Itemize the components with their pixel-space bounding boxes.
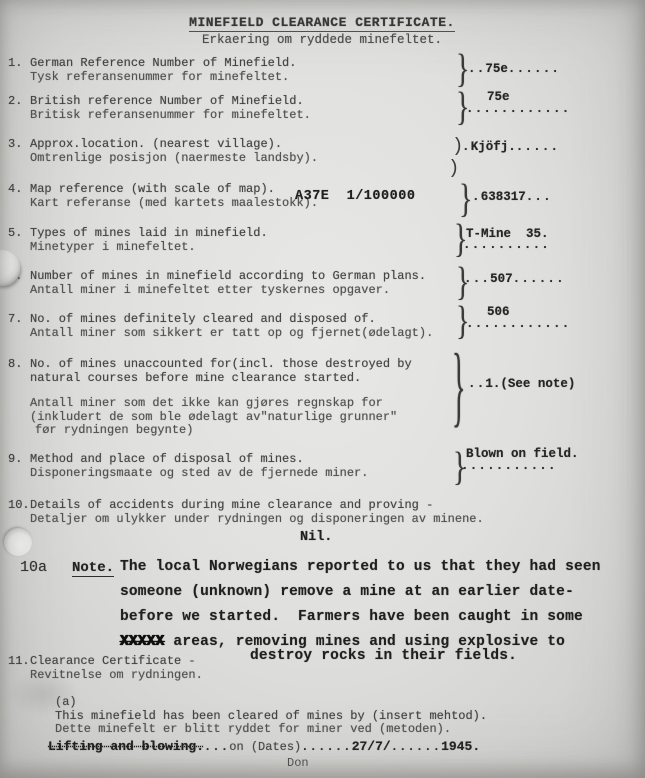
answer-value: 75e	[485, 62, 508, 76]
answer-7-dots: ............	[466, 318, 570, 331]
item-4: 4. Map reference (with scale of map). Ka…	[8, 183, 318, 210]
item-number: 5.	[8, 227, 30, 241]
item-line-no: Disponeringsmaate og sted av de fjernede…	[30, 467, 368, 481]
document-header: MINEFIELD CLEARANCE CERTIFICATE. Erkaeri…	[22, 13, 622, 47]
item-line-en: No. of mines definitely cleared and disp…	[30, 313, 433, 327]
item-line-en: No. of mines unaccounted for(incl. those…	[30, 358, 412, 372]
item-10-result: Nil.	[300, 530, 332, 545]
signature-text: Don	[287, 756, 309, 770]
clearance-year: 1945.	[441, 739, 480, 754]
clearance-method: Lifting and blowing.	[48, 739, 204, 754]
item-line-en: British reference Number of Minefield.	[30, 95, 311, 109]
hole-punch	[4, 528, 32, 556]
item-number: 3.	[8, 138, 30, 152]
item-number: 11.	[8, 655, 30, 669]
item-line-no: Dette minefelt er blitt ryddet for miner…	[55, 723, 487, 737]
note-number: 10a	[20, 559, 47, 576]
item-8-norwegian: Antall miner som det ikke kan gjøres reg…	[30, 397, 397, 438]
item-number: 1.	[8, 57, 30, 71]
scanned-certificate-page: MINEFIELD CLEARANCE CERTIFICATE. Erkaeri…	[0, 0, 645, 778]
item-5: 5. Types of mines laid in minefield. Min…	[8, 227, 268, 254]
item-line-no: Tysk referansenummer for minefeltet.	[30, 71, 296, 85]
item-line-en: natural courses before mine clearance st…	[30, 372, 412, 386]
item-9: 9. Method and place of disposal of mines…	[8, 453, 368, 480]
item-10: 10. Details of accidents during mine cle…	[8, 499, 484, 526]
item-number: 10.	[8, 499, 30, 513]
page-title: MINEFIELD CLEARANCE CERTIFICATE.	[189, 15, 455, 32]
item-line-no: Detaljer om ulykker under rydningen og d…	[30, 513, 484, 527]
item-line-en: German Reference Number of Minefield.	[30, 57, 296, 71]
item-7: 7. No. of mines definitely cleared and d…	[8, 313, 433, 340]
dotted-leader: ..	[468, 62, 485, 76]
item-line-no: før rydningen begynte)	[30, 424, 397, 438]
note-line: someone (unknown) remove a mine at an ea…	[120, 584, 574, 600]
item-line-no: Antall miner i minefeltet etter tyskerne…	[30, 284, 426, 298]
note-label: Note.	[72, 560, 114, 577]
item-11a: (a) This minefield has been cleared of m…	[55, 696, 487, 737]
item-number: 4.	[8, 183, 30, 197]
note-line: destroy rocks in their fields.	[250, 648, 517, 664]
answer-8: ..1.(See note)	[468, 378, 575, 391]
answer-3: .Kjöfj......	[462, 141, 559, 154]
page-subtitle: Erkaering om ryddede minefeltet.	[22, 33, 622, 47]
answer-6: ...507......	[464, 273, 565, 286]
dotted-leader: ......	[301, 740, 351, 754]
dotted-leader: ......	[391, 740, 441, 754]
item-line-no: (inkludert de som ble ødelagt av"naturli…	[30, 411, 397, 425]
note-line: The local Norwegians reported to us that…	[120, 559, 601, 575]
item-line-no: Kart referanse (med kartets maalestokk).	[30, 197, 318, 211]
brace-glyph: }	[452, 339, 465, 441]
item-line-en: Clearance Certificate -	[30, 655, 203, 669]
item-number: 2.	[8, 95, 30, 109]
item-line-en: Details of accidents during mine clearan…	[30, 499, 484, 513]
answer-1: ..75e......	[468, 63, 560, 76]
item-line-en: Method and place of disposal of mines.	[30, 453, 368, 467]
item-8: 8. No. of mines unaccounted for(incl. th…	[8, 358, 412, 385]
answer-5-dots: ..........	[463, 239, 550, 252]
item-line-no: Omtrenlige posisjon (naermeste landsby).	[30, 152, 318, 166]
item-2: 2. British reference Number of Minefield…	[8, 95, 311, 122]
paren-glyph: )	[448, 157, 459, 179]
item-line-no: Antall miner som det ikke kan gjøres reg…	[30, 397, 397, 411]
item-number: 7.	[8, 313, 30, 327]
answer-2-dots: ............	[466, 103, 570, 116]
answer-4: .638317...	[472, 191, 552, 204]
note-line: before we started. Farmers have been cau…	[120, 609, 583, 625]
answer-9-dots: ...........	[461, 460, 557, 473]
date-label: on (Dates)	[229, 740, 301, 754]
clearance-method-line: Lifting and blowing....on (Dates)......2…	[48, 740, 480, 755]
item-line-no: Minetyper i minefeltet.	[30, 241, 268, 255]
item-3: 3. Approx.location. (nearest village). O…	[8, 138, 318, 165]
item-number: 8.	[8, 358, 30, 372]
dotted-leader: ......	[508, 62, 560, 76]
dotted-leader: ...	[204, 740, 229, 754]
item-line-en: Approx.location. (nearest village).	[30, 138, 318, 152]
item-line-en: Number of mines in minefield according t…	[30, 270, 426, 284]
clearance-date: 27/7/	[352, 739, 391, 754]
item-line-en: Types of mines laid in minefield.	[30, 227, 268, 241]
pencil-smudge	[8, 672, 78, 716]
map-reference-insert: A37E 1/100000	[295, 189, 415, 204]
item-number: 9.	[8, 453, 30, 467]
item-line-no: Britisk referansenummer for minefeltet.	[30, 109, 311, 123]
item-line-no: Antall miner som sikkert er tatt op og f…	[30, 327, 433, 341]
item-6: 6. Number of mines in minefield accordin…	[8, 270, 426, 297]
redacted-word: XXXXX	[120, 634, 165, 650]
item-line-en: Map reference (with scale of map).	[30, 183, 318, 197]
item-1: 1. German Reference Number of Minefield.…	[8, 57, 296, 84]
item-line-en: This minefield has been cleared of mines…	[55, 710, 487, 724]
